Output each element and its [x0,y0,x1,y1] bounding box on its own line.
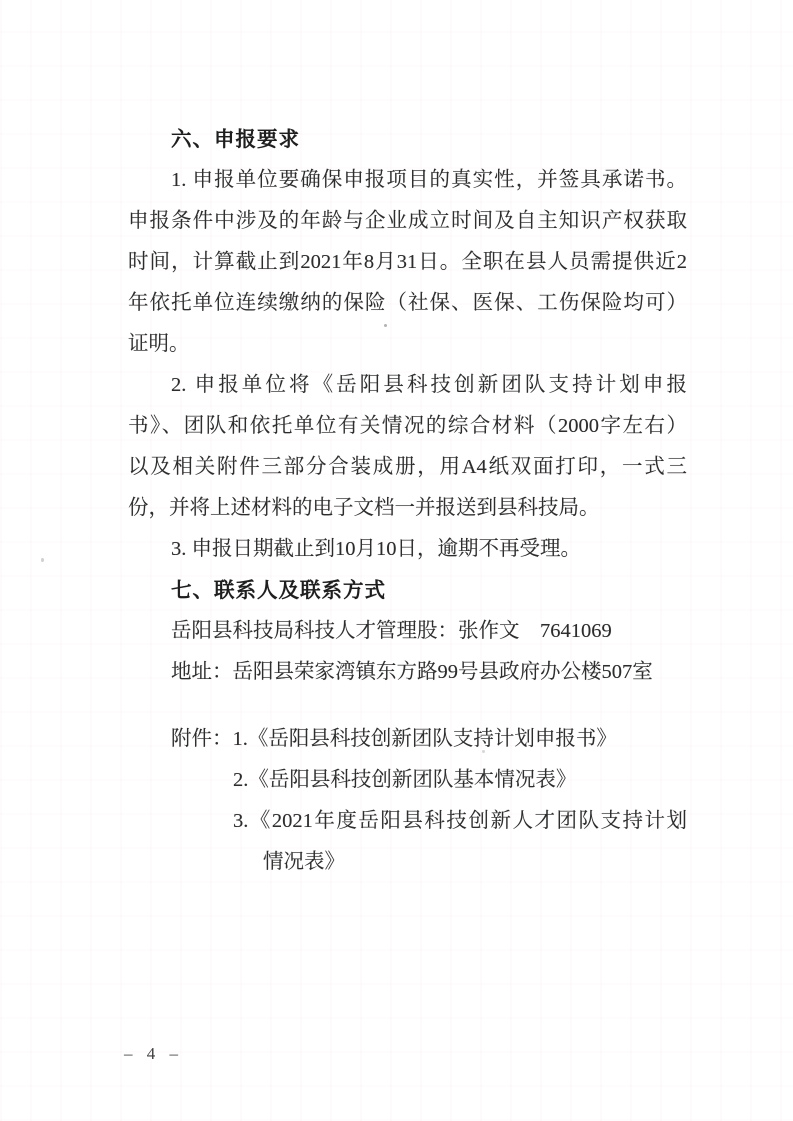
address-line: 地址：岳阳县荣家湾镇东方路99号县政府办公楼507室 [128,652,687,693]
section6-item3-line: 3. 申报日期截止到10月10日，逾期不再受理。 [128,529,687,570]
section6-item1-line: 证明。 [128,324,687,365]
attachment-line: 3.《2021年度岳阳县科技创新人才团队支持计划 [128,801,687,842]
document-page: 六、申报要求 1. 申报单位要确保申报项目的真实性，并签具承诺书。 申报条件中涉… [0,0,793,1121]
section7-heading: 七、联系人及联系方式 [128,570,687,611]
section6-item1-line: 1. 申报单位要确保申报项目的真实性，并签具承诺书。 [128,160,687,201]
section6-item1-line: 申报条件中涉及的年龄与企业成立时间及自主知识产权获取 [128,201,687,242]
scan-speck [482,750,485,753]
page-number: – 4 – [124,1042,183,1066]
blank-line [128,693,687,719]
section6-heading: 六、申报要求 [128,119,687,160]
attachment-line: 2.《岳阳县科技创新团队基本情况表》 [128,760,687,801]
section6-item1-line: 时间，计算截止到2021年8月31日。全职在县人员需提供近2 [128,242,687,283]
scan-speck [41,558,44,562]
scan-speck [384,324,387,327]
contact-line: 岳阳县科技局科技人才管理股：张作文 7641069 [128,611,687,652]
attachment-line: 附件：1.《岳阳县科技创新团队支持计划申报书》 [128,719,687,760]
section6-item2-line: 以及相关附件三部分合装成册，用A4纸双面打印，一式三 [128,447,687,488]
section6-item2-line: 书》、团队和依托单位有关情况的综合材料（2000字左右） [128,406,687,447]
section6-item2-line: 份，并将上述材料的电子文档一并报送到县科技局。 [128,488,687,529]
document-body: 六、申报要求 1. 申报单位要确保申报项目的真实性，并签具承诺书。 申报条件中涉… [128,119,687,883]
attachment-line: 情况表》 [128,842,687,883]
section6-item1-line: 年依托单位连续缴纳的保险（社保、医保、工伤保险均可） [128,283,687,324]
section6-item2-line: 2. 申报单位将《岳阳县科技创新团队支持计划申报 [128,365,687,406]
